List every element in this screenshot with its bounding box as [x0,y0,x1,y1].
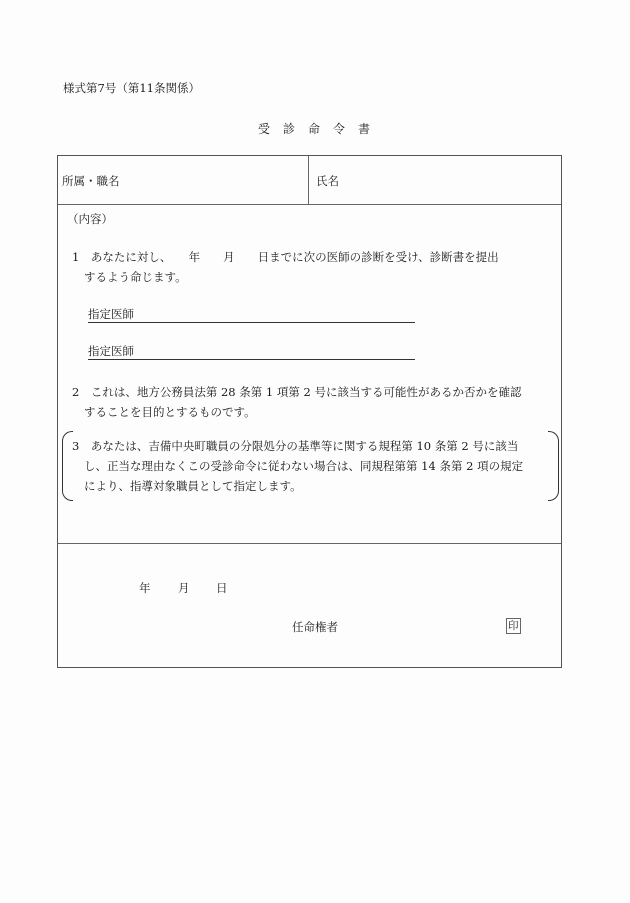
item-3: 3 あなたは、吉備中央町職員の分限処分の基準等に関する規程第 10 条第 2 号… [72,436,547,496]
date-day-label: 日 [216,580,228,596]
appointing-authority-label: 任命権者 [292,619,338,635]
date-year-label: 年 [139,580,151,596]
form-table: 所属・職名 氏名 （内容） 1 あなたに対し、 年 月 日までに次の医師の診断を… [57,155,562,668]
item-2-line-1: 2 これは、地方公務員法第 28 条第 1 項第 2 号に該当する可能性があるか… [72,385,522,399]
item-3-line-1: 3 あなたは、吉備中央町職員の分限処分の基準等に関する規程第 10 条第 2 号… [72,439,518,453]
item-3-line-2: し、正当な理由なくこの受診命令に従わない場合は、同規程第第 14 条第 2 項の… [72,456,547,476]
designated-doctor-field-1[interactable]: 指定医師 [88,307,415,323]
name-label: 氏名 [316,173,339,189]
header-divider [308,156,309,204]
content-heading: （内容） [67,211,113,227]
right-bracket [548,431,559,501]
seal-stamp-box: 印 [506,618,521,634]
date-month-label: 月 [178,580,190,596]
affiliation-label: 所属・職名 [62,173,120,189]
form-number: 様式第7号（第11条関係） [63,80,200,96]
item-2-line-2: することを目的とするものです。 [72,402,547,422]
item-1-line-1: 1 あなたに対し、 年 月 日までに次の医師の診断を受け、診断書を提出 [72,250,499,264]
designated-doctor-label-2: 指定医師 [88,344,134,358]
item-2: 2 これは、地方公務員法第 28 条第 1 項第 2 号に該当する可能性があるか… [72,382,547,422]
item-3-line-3: により、指導対象職員として指定します。 [72,476,547,496]
header-row-divider [58,204,561,205]
item-1: 1 あなたに対し、 年 月 日までに次の医師の診断を受け、診断書を提出 するよう… [72,247,547,287]
document-title: 受診命令書 [258,120,383,137]
designated-doctor-field-2[interactable]: 指定医師 [88,344,415,360]
item-1-line-2: するよう命じます。 [72,267,547,287]
footer-divider [58,543,561,544]
designated-doctor-label-1: 指定医師 [88,307,134,321]
